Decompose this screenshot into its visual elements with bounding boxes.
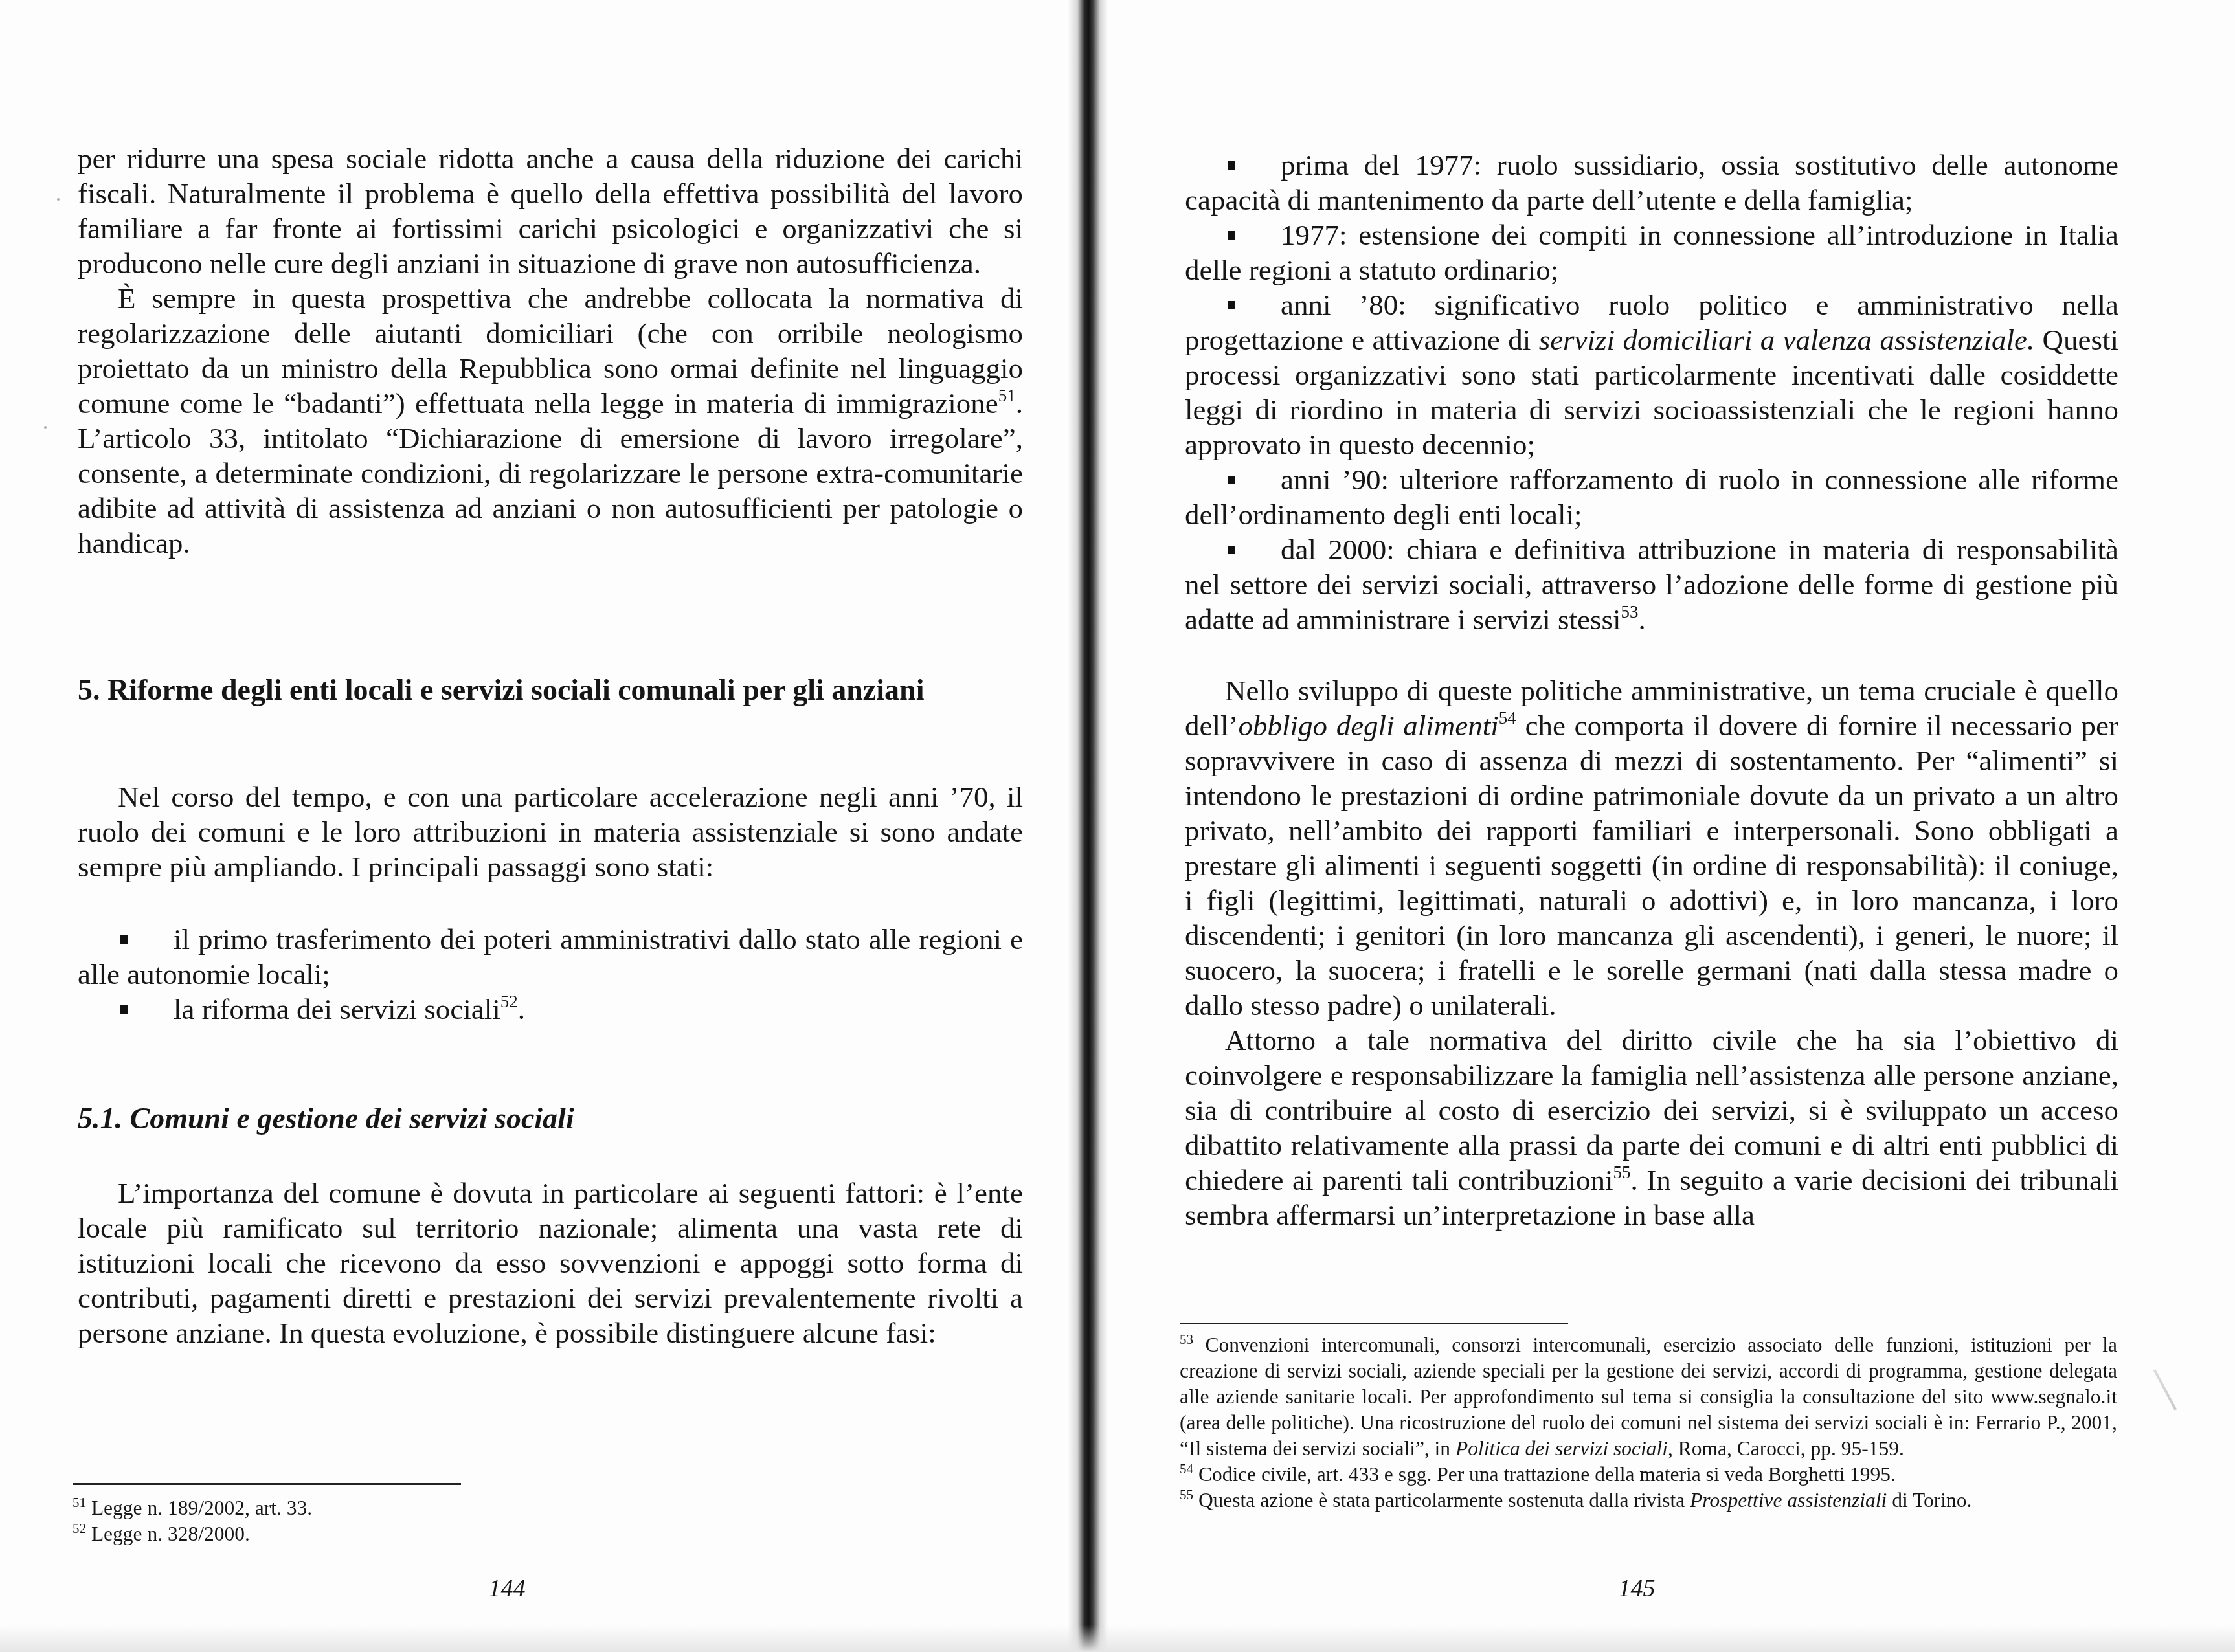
square-bullet-icon	[1228, 301, 1235, 309]
page-number: 144	[442, 1574, 572, 1603]
list-item: anni ’90: ulteriore rafforzamento di ruo…	[1185, 462, 2118, 532]
paragraph: Nel corso del tempo, e con una particola…	[78, 779, 1023, 884]
page-number: 145	[1572, 1574, 1702, 1603]
footnote-ref[interactable]: 51	[998, 386, 1016, 405]
square-bullet-icon	[120, 935, 128, 944]
section-heading: 5. Riforme degli enti locali e servizi s…	[78, 672, 1023, 708]
footnote-ref[interactable]: 52	[500, 992, 518, 1011]
right-body: Nello sviluppo di queste politiche ammin…	[1185, 673, 2118, 1233]
paragraph: L’importanza del comune è dovuta in part…	[78, 1176, 1023, 1350]
square-bullet-icon	[1228, 231, 1235, 240]
square-bullet-icon	[1228, 476, 1235, 484]
list-item: la riforma dei servizi sociali52.	[78, 992, 1023, 1027]
list-item: prima del 1977: ruolo sussidiario, ossia…	[1185, 148, 2118, 218]
book-spine	[1067, 0, 1108, 1652]
subsection-5-1: 5.1. Comuni e gestione dei servizi socia…	[78, 1100, 1023, 1137]
footnote-ref[interactable]: 55	[1613, 1163, 1630, 1182]
footnote-divider	[1180, 1323, 1568, 1324]
list-item: dal 2000: chiara e definitiva attribuzio…	[1185, 532, 2118, 637]
footnote-ref[interactable]: 54	[1499, 708, 1516, 728]
list-item: il primo trasferimento dei poteri ammini…	[78, 922, 1023, 992]
left-bullet-list: il primo trasferimento dei poteri ammini…	[78, 922, 1023, 1027]
footnote-divider	[73, 1483, 461, 1485]
footnote: 53 Convenzioni intercomunali, consorzi i…	[1180, 1332, 2117, 1462]
footnote: 51 Legge n. 189/2002, art. 33.	[73, 1495, 655, 1521]
left-footnotes: 51 Legge n. 189/2002, art. 33. 52 Legge …	[73, 1495, 655, 1547]
footnote: 54 Codice civile, art. 433 e sgg. Per un…	[1180, 1462, 2117, 1488]
scan-bottom-shadow	[0, 1625, 2235, 1652]
right-page: prima del 1977: ruolo sussidiario, ossia…	[1108, 0, 2235, 1652]
paragraph: Nello sviluppo di queste politiche ammin…	[1185, 673, 2118, 1023]
left-body-top: per ridurre una spesa sociale ridotta an…	[78, 141, 1023, 561]
paragraph: Attorno a tale normativa del diritto civ…	[1185, 1023, 2118, 1233]
section-5: 5. Riforme degli enti locali e servizi s…	[78, 672, 1023, 708]
right-footnotes: 53 Convenzioni intercomunali, consorzi i…	[1180, 1332, 2117, 1513]
subsection-heading: 5.1. Comuni e gestione dei servizi socia…	[78, 1100, 1023, 1137]
square-bullet-icon	[1228, 161, 1235, 170]
left-body-mid: Nel corso del tempo, e con una particola…	[78, 779, 1023, 884]
square-bullet-icon	[1228, 546, 1235, 554]
list-item: 1977: estensione dei compiti in connessi…	[1185, 218, 2118, 287]
right-bullet-list: prima del 1977: ruolo sussidiario, ossia…	[1185, 148, 2118, 637]
square-bullet-icon	[120, 1005, 128, 1014]
footnote: 55 Questa azione è stata particolarmente…	[1180, 1488, 2117, 1513]
scan-speck	[57, 198, 60, 201]
paragraph: per ridurre una spesa sociale ridotta an…	[78, 141, 1023, 281]
left-body-bottom: L’importanza del comune è dovuta in part…	[78, 1176, 1023, 1350]
pencil-mark	[2153, 1369, 2177, 1411]
footnote-ref[interactable]: 53	[1621, 602, 1639, 621]
footnote: 52 Legge n. 328/2000.	[73, 1521, 655, 1547]
scan-speck	[44, 426, 47, 429]
list-item: anni ’80: significativo ruolo politico e…	[1185, 287, 2118, 462]
book-spread-scan: per ridurre una spesa sociale ridotta an…	[0, 0, 2235, 1652]
paragraph: È sempre in questa prospettiva che andre…	[78, 281, 1023, 561]
left-page: per ridurre una spesa sociale ridotta an…	[0, 0, 1067, 1652]
